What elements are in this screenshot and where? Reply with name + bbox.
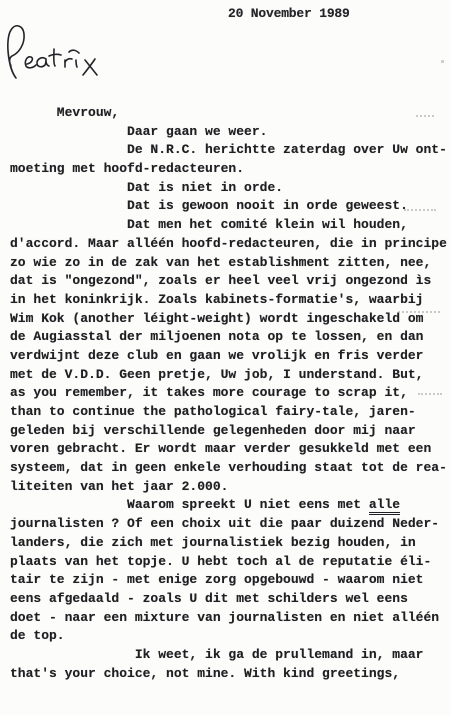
letter-page: 20 November 1989 Mevrouw, Daar gaan we w… bbox=[0, 0, 450, 715]
letter-line: as you remember, it takes more courage t… bbox=[10, 384, 447, 403]
letter-line: verdwijnt deze club en gaan we vrolijk e… bbox=[10, 347, 447, 366]
letter-line: landers, die zich met journalistiek bezi… bbox=[10, 534, 447, 553]
letter-line: met de V.D.D. Geen pretje, Uw job, I und… bbox=[10, 366, 447, 385]
scan-artifact bbox=[441, 60, 444, 63]
letter-line: systeem, dat in geen enkele verhouding s… bbox=[10, 459, 447, 478]
letter-line: Dat is gewoon nooit in orde geweest. bbox=[10, 197, 447, 216]
text-segment: Waarom spreekt U niet eens met bbox=[10, 497, 369, 512]
text-segment: d'accord. Maar alléén hoofd-redacteuren,… bbox=[10, 236, 447, 251]
text-segment: voren gebracht. Er wordt maar verder ges… bbox=[10, 441, 431, 456]
text-segment: Dat men het comité klein wil houden, bbox=[10, 217, 408, 232]
text-segment: de Augiasstal der miljoenen nota op te l… bbox=[10, 329, 423, 344]
text-segment: doet - naar een mixture van journalisten… bbox=[10, 610, 439, 625]
scan-artifact bbox=[416, 112, 434, 117]
letter-line: than to continue the pathological fairy-… bbox=[10, 403, 447, 422]
letter-line: de top. bbox=[10, 627, 447, 646]
letter-line: tair te zijn - met enige zorg opgebouwd … bbox=[10, 571, 447, 590]
letter-line: dat is "ongezond", zoals er heel veel vr… bbox=[10, 272, 447, 291]
letter-line: Ik weet, ik ga de prullemand in, maar bbox=[10, 646, 447, 665]
letter-date: 20 November 1989 bbox=[228, 6, 350, 21]
letter-line: plaats van het topje. U hebt toch al de … bbox=[10, 553, 447, 572]
letter-line: Wim Kok (another léight-weight) wordt in… bbox=[10, 310, 447, 329]
text-segment: dat is "ongezond", zoals er heel veel vr… bbox=[10, 273, 431, 288]
letter-line: zo wie zo in de zak van het establishmen… bbox=[10, 254, 447, 273]
letter-line: voren gebracht. Er wordt maar verder ges… bbox=[10, 440, 447, 459]
letter-line: Dat is niet in orde. bbox=[10, 179, 447, 198]
letter-line: doet - naar een mixture van journalisten… bbox=[10, 609, 447, 628]
text-segment: journalisten ? Of een choix uit die paar… bbox=[10, 516, 439, 531]
letter-line: Mevrouw, bbox=[10, 104, 447, 123]
text-segment: met de V.D.D. Geen pretje, Uw job, I und… bbox=[10, 367, 423, 382]
letter-line: moeting met hoofd-redacteuren. bbox=[10, 160, 447, 179]
text-segment: Mevrouw, bbox=[10, 105, 119, 120]
text-segment: zo wie zo in de zak van het establishmen… bbox=[10, 255, 431, 270]
letter-line: eens afgedaald - zoals U dit met schilde… bbox=[10, 590, 447, 609]
text-segment: as you remember, it takes more courage t… bbox=[10, 385, 408, 400]
letter-line: in het koninkrijk. Zoals kabinets-format… bbox=[10, 291, 447, 310]
letter-line: d'accord. Maar alléén hoofd-redacteuren,… bbox=[10, 235, 447, 254]
text-segment: liteiten van het jaar 2.000. bbox=[10, 479, 228, 494]
text-segment: De N.R.C. herichtte zaterdag over Uw ont… bbox=[10, 142, 447, 157]
text-segment: verdwijnt deze club en gaan we vrolijk e… bbox=[10, 348, 423, 363]
text-segment: Ik weet, ik ga de prullemand in, maar bbox=[10, 647, 423, 662]
text-segment: Dat is gewoon nooit in orde geweest. bbox=[10, 198, 408, 213]
letter-line: Daar gaan we weer. bbox=[10, 123, 447, 142]
letter-line: de Augiasstal der miljoenen nota op te l… bbox=[10, 328, 447, 347]
letter-body: Mevrouw, Daar gaan we weer. De N.R.C. he… bbox=[10, 104, 447, 683]
text-segment: in het koninkrijk. Zoals kabinets-format… bbox=[10, 292, 423, 307]
scan-artifact bbox=[398, 308, 440, 313]
text-segment: tair te zijn - met enige zorg opgebouwd … bbox=[10, 572, 423, 587]
text-segment: Daar gaan we weer. bbox=[10, 124, 267, 139]
text-segment: landers, die zich met journalistiek bezi… bbox=[10, 535, 416, 550]
letter-line: Waarom spreekt U niet eens met alle bbox=[10, 496, 447, 515]
letter-line: liteiten van het jaar 2.000. bbox=[10, 478, 447, 497]
text-segment: de top. bbox=[10, 628, 65, 643]
text-segment: than to continue the pathological fairy-… bbox=[10, 404, 416, 419]
text-segment: alle bbox=[369, 497, 400, 515]
letter-line: Dat men het comité klein wil houden, bbox=[10, 216, 447, 235]
scan-artifact bbox=[418, 390, 442, 395]
letter-line: that's your choice, not mine. With kind … bbox=[10, 665, 447, 684]
letter-line: journalisten ? Of een choix uit die paar… bbox=[10, 515, 447, 534]
text-segment: systeem, dat in geen enkele verhouding s… bbox=[10, 460, 447, 475]
text-segment: moeting met hoofd-redacteuren. bbox=[10, 161, 244, 176]
text-segment: plaats van het topje. U hebt toch al de … bbox=[10, 554, 431, 569]
letter-line: geleden bij verschillende gelegenheden d… bbox=[10, 422, 447, 441]
scan-artifact bbox=[404, 206, 436, 211]
signature-handwriting bbox=[2, 22, 122, 84]
letter-line: De N.R.C. herichtte zaterdag over Uw ont… bbox=[10, 141, 447, 160]
text-segment: geleden bij verschillende gelegenheden d… bbox=[10, 423, 416, 438]
text-segment: that's your choice, not mine. With kind … bbox=[10, 666, 400, 681]
text-segment: Dat is niet in orde. bbox=[10, 180, 283, 195]
text-segment: Wim Kok (another léight-weight) wordt in… bbox=[10, 311, 423, 326]
text-segment: eens afgedaald - zoals U dit met schilde… bbox=[10, 591, 408, 606]
